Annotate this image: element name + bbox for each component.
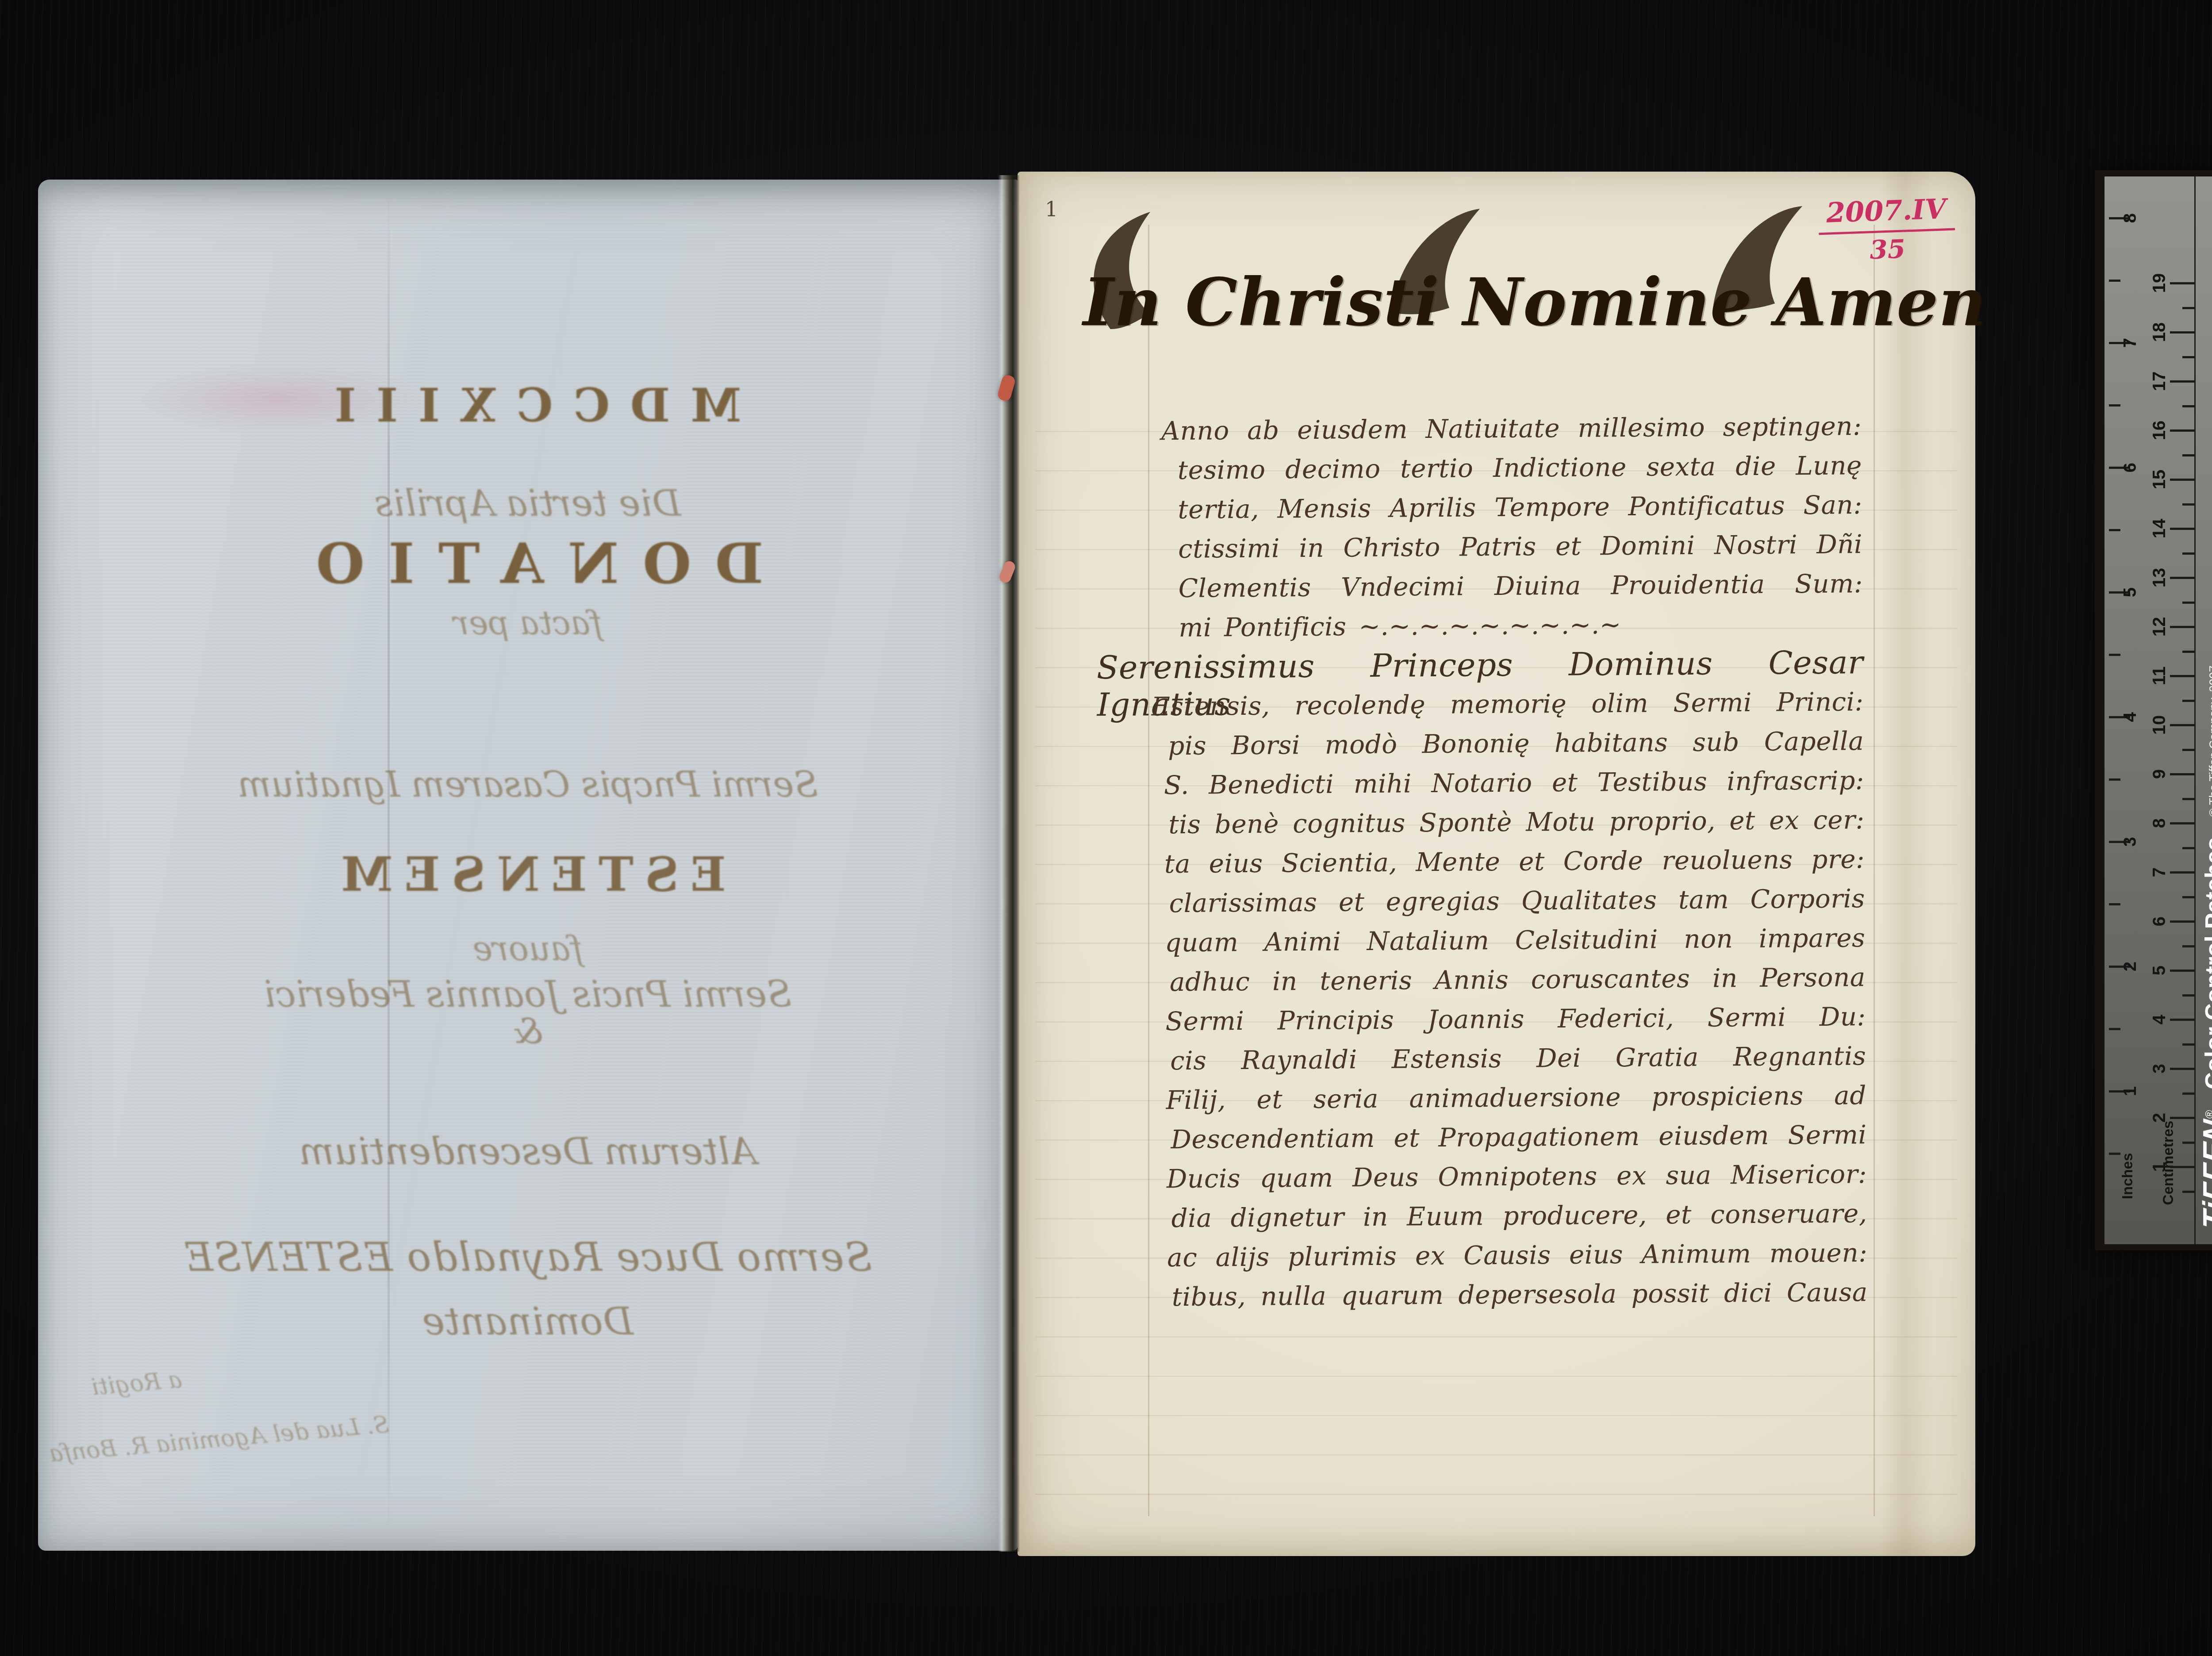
showthrough-corner-note: a Rogiti — [90, 1366, 183, 1401]
color-control-card: Centimetres Inches 123456789101112131415… — [2095, 170, 2212, 1250]
showthrough-corner-note: S. Lua del Agominia R. Bonfa — [48, 1411, 390, 1468]
binding-stitch — [998, 560, 1017, 584]
showthrough-line: Sermi Pncpis Casarem Ignatium — [38, 764, 1018, 805]
manuscript-body: Anno ab eiusdem Natiuitate millesimo sep… — [1013, 168, 1980, 1559]
showthrough-line: Dominante — [38, 1299, 1018, 1344]
showthrough-line: fauore — [38, 929, 1018, 968]
manuscript-line: Ducis quam Deus Omnipotens ex sua Miseri… — [1167, 1159, 1867, 1202]
manuscript-line: quam Animi Natalium Celsitudini non impa… — [1165, 923, 1866, 966]
manuscript-line: cis Raynaldi Estensis Dei Gratia Regnant… — [1170, 1041, 1866, 1084]
showthrough-line: DONATIO — [38, 531, 1018, 596]
showthrough-line: ESTENSEM — [38, 847, 1018, 902]
binding-gutter — [998, 175, 1019, 1552]
showthrough-line: Die tertia Aprilis — [38, 483, 1018, 525]
manuscript-line: ac alijs plurimis ex Causis eius Animum … — [1167, 1238, 1868, 1280]
manuscript-line: pis Borsi modò Bononię habitans sub Cape… — [1168, 726, 1864, 769]
binding-stitch — [997, 374, 1017, 402]
manuscript-line: tis benè cognitus Spontè Motu proprio, e… — [1168, 805, 1865, 847]
showthrough-line: Sermo Duce Raynaldo ESTENSE — [38, 1234, 1018, 1280]
manuscript-line: clarissimas et egregias Qualitates tam C… — [1169, 883, 1865, 926]
manuscript-line: dia dignetur in Euum producere, et conse… — [1171, 1198, 1867, 1241]
patch-row-labels: Black3/ColorWhiteMagentaRedYellowGreenCy… — [2104, 176, 2212, 1244]
manuscript-line: Anno ab eiusdem Natiuitate millesimo sep… — [1161, 411, 1862, 454]
manuscript-line: Estensis, recolendę memorię olim Sermi P… — [1151, 686, 1864, 729]
showthrough-line: MDCCXIII — [38, 378, 1018, 433]
manuscript-line: tesimo decimo tertio Indictione sexta di… — [1178, 450, 1863, 493]
manuscript-line: tibus, nulla quarum depersesola possit d… — [1172, 1277, 1868, 1320]
manuscript-line: Filij, et seria animaduersione prospicie… — [1166, 1080, 1866, 1123]
showthrough-line: facta per — [38, 604, 1018, 642]
right-page: 1 2007.IV 35 In Christi Nomine Amen Anno… — [1018, 172, 1975, 1556]
left-page: MDCCXIIIDie tertia AprilisDONATIOfacta p… — [38, 180, 1018, 1551]
manuscript-line: Serenissimus Princeps Dominus Cesar Igna… — [1097, 644, 1864, 687]
manuscript-line: tertia, Mensis Aprilis Tempore Pontifica… — [1178, 490, 1863, 533]
manuscript-line: S. Benedicti mihi Notario et Testibus in… — [1164, 765, 1865, 808]
manuscript-line: Sermi Principis Joannis Federici, Sermi … — [1165, 1001, 1866, 1044]
showthrough-line: & — [38, 1012, 1018, 1052]
manuscript-line: ta eius Scientia, Mente et Corde reuolue… — [1164, 844, 1865, 887]
showthrough-line: Sermi Pncis Joannis Federici — [38, 974, 1018, 1016]
manuscript-line: adhuc in teneris Annis coruscantes in Pe… — [1170, 962, 1866, 1005]
showthrough-line: Alterum Descendentium — [38, 1130, 1018, 1173]
manuscript-line: Descendentiam et Propagationem eiusdem S… — [1171, 1119, 1867, 1162]
manuscript-line: ctissimi in Christo Patris et Domini Nos… — [1178, 529, 1863, 572]
manuscript-line: Clementis Vndecimi Diuina Prouidentia Su… — [1178, 568, 1863, 611]
archival-photo: MDCCXIIIDie tertia AprilisDONATIOfacta p… — [0, 0, 2212, 1656]
